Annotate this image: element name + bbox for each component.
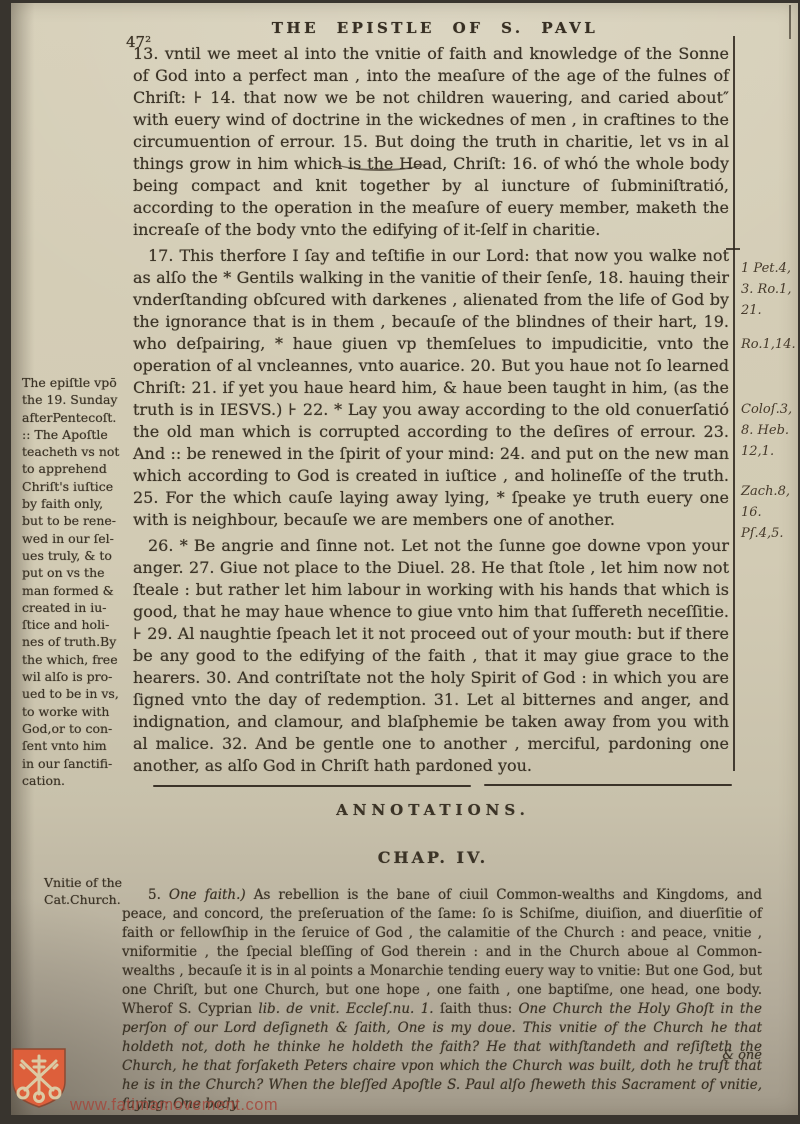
column-rule [733, 36, 735, 771]
scripture-text-column: 13. vntil we meet al into the vnitie of … [133, 43, 729, 778]
citation-note: 1 Pet.4, 3. Ro.1, 21. [741, 258, 798, 321]
crossed-keys-shield-icon [10, 1046, 68, 1110]
annotation-verse-number: 5. [148, 887, 169, 903]
citation-note: Zach.8, 16. Pſ.4,5. [741, 481, 798, 544]
verse-paragraph: 13. vntil we meet al into the vnitie of … [133, 43, 729, 241]
citation-note: Coloſ.3, 8. Heb. 12,1. [741, 399, 798, 462]
chapter-heading: CHAP. IV. [133, 848, 733, 867]
watermark-url: www.fatimamovement.com [70, 1096, 278, 1115]
annotation-paragraph: 5. One faith.) As rebellion is the bane … [122, 886, 762, 1114]
verse-paragraph: 17. This therfore I ſay and teſtifie in … [133, 245, 729, 531]
annotation-comment: As rebellion is the bane of ciuil Common… [122, 887, 762, 1017]
verse-paragraph: 26. * Be angrie and ſinne not. Let not t… [133, 535, 729, 777]
corner-mark [789, 5, 791, 39]
annotation-citation: lib. de vnit. Eccleſ.nu. 1. [258, 1001, 440, 1017]
section-divider-right [484, 784, 732, 786]
citation-note: Ro.1,14. [741, 334, 798, 355]
annotation-lemma: One faith.) [169, 887, 254, 903]
section-divider-left [153, 785, 471, 787]
catchword: & one [580, 1048, 762, 1063]
annotations-heading: ANNOTATIONS. [133, 801, 733, 819]
book-page-photo: 47² THE EPISTLE OF S. PAVL 13. vntil we … [0, 0, 800, 1124]
annotation-comment: ſaith thus: [440, 1001, 519, 1017]
left-margin-gloss: The epiſtle vpō the 19. Sunday afterPent… [22, 374, 136, 789]
ink-smudge [331, 149, 429, 171]
running-title: THE EPISTLE OF S. PAVL [140, 19, 730, 37]
margin-bracket-tick [726, 248, 740, 250]
